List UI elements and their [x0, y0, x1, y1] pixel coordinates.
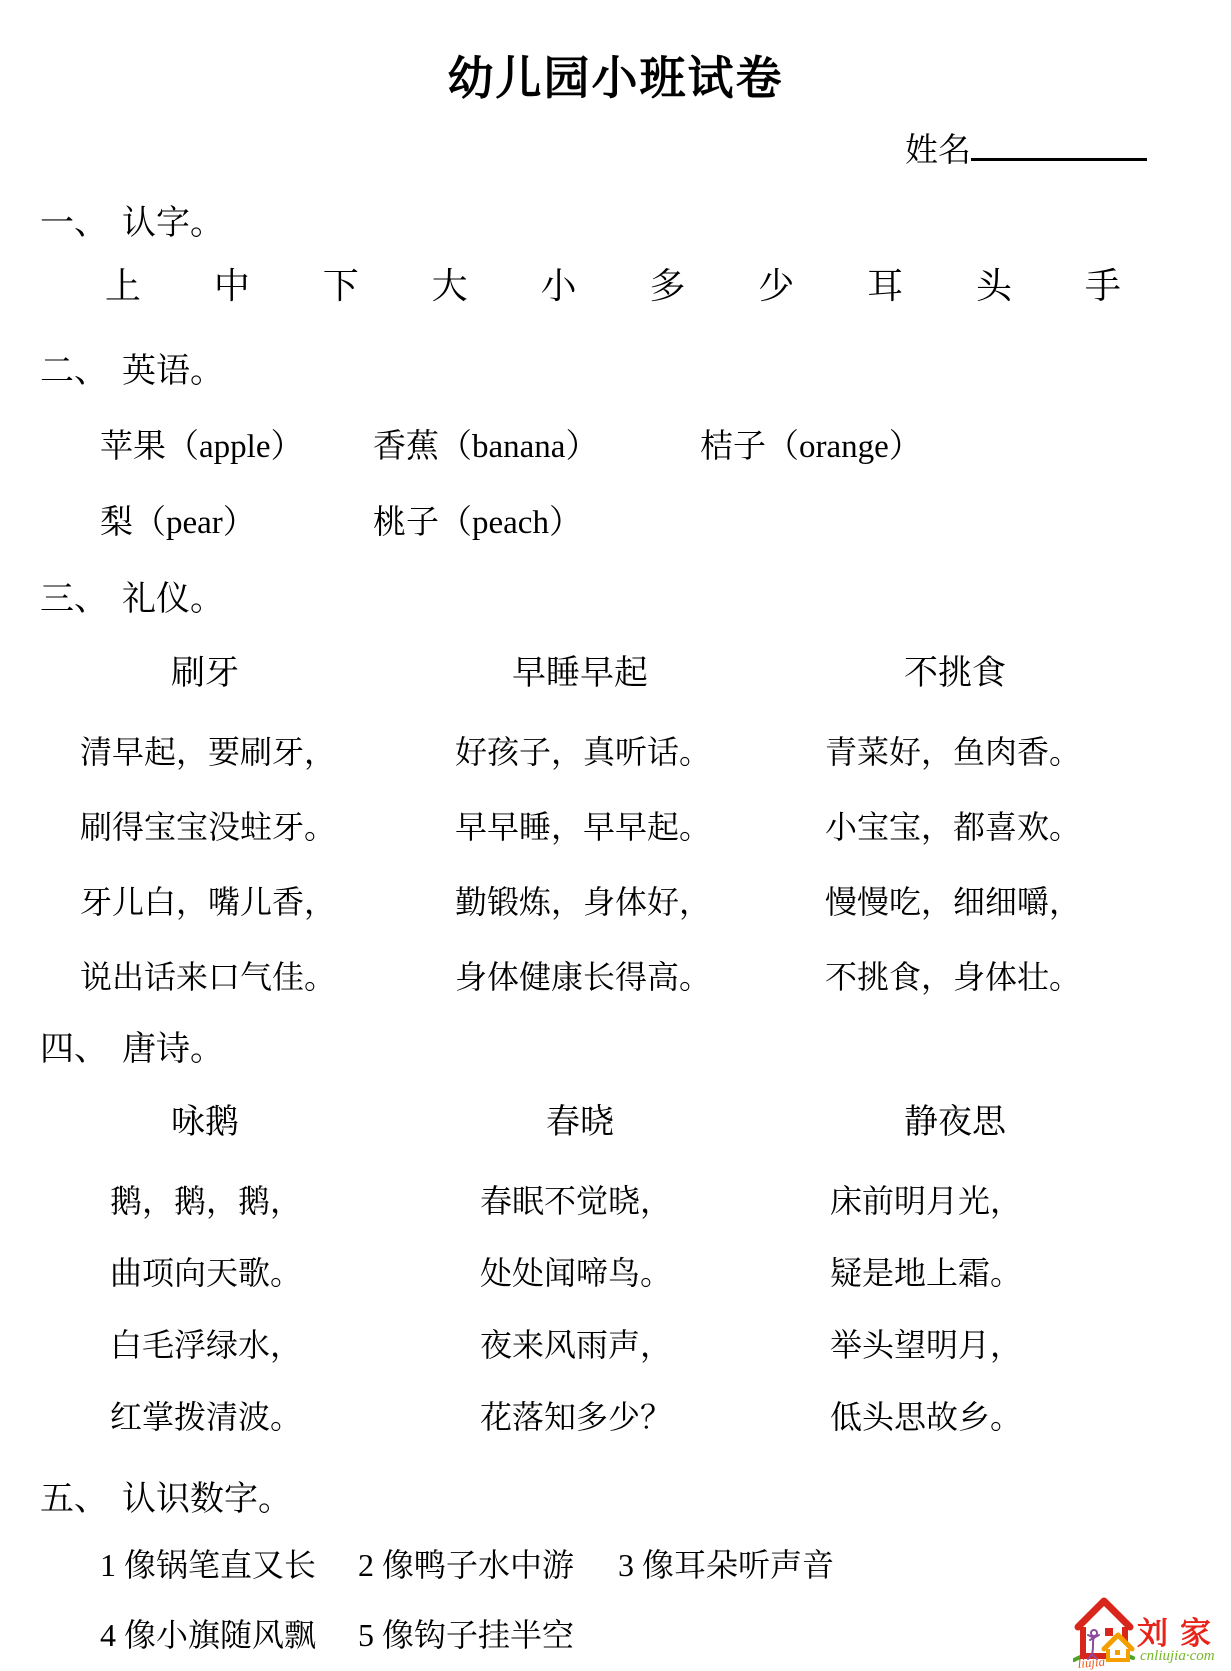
number-rhyme: 1 像锅笔直又长: [100, 1540, 316, 1586]
poem-line: 举头望明月，: [805, 1327, 1105, 1363]
english-row-2: 梨（pear） 桃子（peach）: [0, 496, 1231, 538]
verse-line: 身体健康长得高。: [430, 959, 730, 995]
verse-line: 不挑食，身体壮。: [805, 959, 1105, 995]
section-2-heading: 二、 英语。: [40, 343, 224, 392]
character: 头: [976, 258, 1012, 309]
section-5-number: 五、: [40, 1471, 108, 1520]
rhyme-title: 不挑食: [805, 645, 1105, 694]
section-5-heading: 五、 认识数字。: [40, 1471, 292, 1520]
section-3-heading: 三、 礼仪。: [40, 571, 224, 620]
character: 耳: [867, 258, 903, 309]
english-word: 苹果（apple）: [100, 420, 303, 467]
english-word: 桔子（orange）: [700, 420, 922, 467]
verse-line: 慢慢吃，细细嚼，: [805, 884, 1105, 920]
section-2-label: 英语。: [122, 343, 224, 392]
poem-line: 花落知多少？: [430, 1399, 730, 1435]
verse-line: 好孩子，真听话。: [430, 734, 730, 770]
rhyme-title: 早睡早起: [430, 645, 730, 694]
poem-line: 床前明月光，: [805, 1183, 1105, 1219]
number-rhyme: 5 像钩子挂半空: [358, 1610, 574, 1656]
poem-line: 白毛浮绿水，: [55, 1327, 355, 1363]
poem-column-jing-ye-si: 静夜思 床前明月光， 疑是地上霜。 举头望明月， 低头思故乡。: [805, 1094, 1105, 1471]
poem-title: 咏鹅: [55, 1094, 355, 1143]
number-rhyme: 3 像耳朵听声音: [618, 1540, 834, 1586]
english-word: 桃子（peach）: [373, 496, 582, 543]
poem-line: 春眠不觉晓，: [430, 1183, 730, 1219]
exam-paper: 幼儿园小班试卷 姓名 一、 认字。 上 中 下 大 小 多 少 耳 头 手 二、…: [0, 0, 1231, 1671]
character: 下: [323, 258, 359, 309]
english-word: 梨（pear）: [100, 496, 256, 543]
logo-domain-text: cnliujia·com: [1140, 1648, 1215, 1665]
verse-line: 青菜好，鱼肉香。: [805, 734, 1105, 770]
logo-script-text: liujia: [1077, 1654, 1106, 1671]
poem-line: 曲项向天歌。: [55, 1255, 355, 1291]
logo-brand-text: 刘家: [1137, 1608, 1223, 1653]
character: 中: [214, 258, 250, 309]
name-label: 姓名: [905, 133, 971, 169]
character: 上: [105, 258, 141, 309]
poem-title: 春晓: [430, 1094, 730, 1143]
numbers-row-2: 4 像小旗随风飘 5 像钩子挂半空: [0, 1610, 1231, 1652]
poem-line: 鹅，鹅，鹅，: [55, 1183, 355, 1219]
verse-line: 小宝宝，都喜欢。: [805, 809, 1105, 845]
character-list: 上 中 下 大 小 多 少 耳 头 手: [0, 258, 1231, 309]
section-1-heading: 一、 认字。: [40, 195, 224, 244]
section-4-heading: 四、 唐诗。: [40, 1021, 224, 1070]
english-row-1: 苹果（apple） 香蕉（banana） 桔子（orange）: [0, 420, 1231, 462]
rhyme-title: 刷牙: [55, 645, 355, 694]
name-blank-line: [971, 158, 1147, 161]
character: 手: [1085, 258, 1121, 309]
section-1-label: 认字。: [122, 195, 224, 244]
english-word: 香蕉（banana）: [373, 420, 598, 467]
etiquette-column-no-picky-eating: 不挑食 青菜好，鱼肉香。 小宝宝，都喜欢。 慢慢吃，细细嚼， 不挑食，身体壮。: [805, 645, 1105, 1034]
section-4-label: 唐诗。: [122, 1021, 224, 1070]
verse-line: 说出话来口气佳。: [55, 959, 355, 995]
etiquette-column-brush-teeth: 刷牙 清早起，要刷牙， 刷得宝宝没蛀牙。 牙儿白，嘴儿香， 说出话来口气佳。: [55, 645, 355, 1034]
character: 小: [541, 258, 577, 309]
etiquette-column-early-sleep: 早睡早起 好孩子，真听话。 早早睡，早早起。 勤锻炼，身体好， 身体健康长得高。: [430, 645, 730, 1034]
verse-line: 清早起，要刷牙，: [55, 734, 355, 770]
section-4-number: 四、: [40, 1021, 108, 1070]
poem-line: 处处闻啼鸟。: [430, 1255, 730, 1291]
numbers-row-1: 1 像锅笔直又长 2 像鸭子水中游 3 像耳朵听声音: [0, 1540, 1231, 1582]
poem-line: 夜来风雨声，: [430, 1327, 730, 1363]
number-rhyme: 4 像小旗随风飘: [100, 1610, 316, 1656]
verse-line: 勤锻炼，身体好，: [430, 884, 730, 920]
poem-title: 静夜思: [805, 1094, 1105, 1143]
character: 大: [432, 258, 468, 309]
verse-line: 牙儿白，嘴儿香，: [55, 884, 355, 920]
character: 少: [758, 258, 794, 309]
section-3-number: 三、: [40, 571, 108, 620]
verse-line: 刷得宝宝没蛀牙。: [55, 809, 355, 845]
page-title: 幼儿园小班试卷: [0, 42, 1231, 108]
liujia-logo: liujia 刘家 cnliujia·com: [1073, 1590, 1231, 1671]
poem-line: 红掌拨清波。: [55, 1399, 355, 1435]
section-5-label: 认识数字。: [122, 1471, 292, 1520]
poem-line: 低头思故乡。: [805, 1399, 1105, 1435]
section-3-label: 礼仪。: [122, 571, 224, 620]
number-rhyme: 2 像鸭子水中游: [358, 1540, 574, 1586]
name-field: 姓名: [905, 124, 1147, 171]
poem-column-chun-xiao: 春晓 春眠不觉晓， 处处闻啼鸟。 夜来风雨声， 花落知多少？: [430, 1094, 730, 1471]
poem-column-yong-e: 咏鹅 鹅，鹅，鹅， 曲项向天歌。 白毛浮绿水， 红掌拨清波。: [55, 1094, 355, 1471]
verse-line: 早早睡，早早起。: [430, 809, 730, 845]
liujia-logo-houses-icon: liujia: [1073, 1590, 1135, 1671]
poem-line: 疑是地上霜。: [805, 1255, 1105, 1291]
section-2-number: 二、: [40, 343, 108, 392]
character: 多: [649, 258, 685, 309]
section-1-number: 一、: [40, 195, 108, 244]
